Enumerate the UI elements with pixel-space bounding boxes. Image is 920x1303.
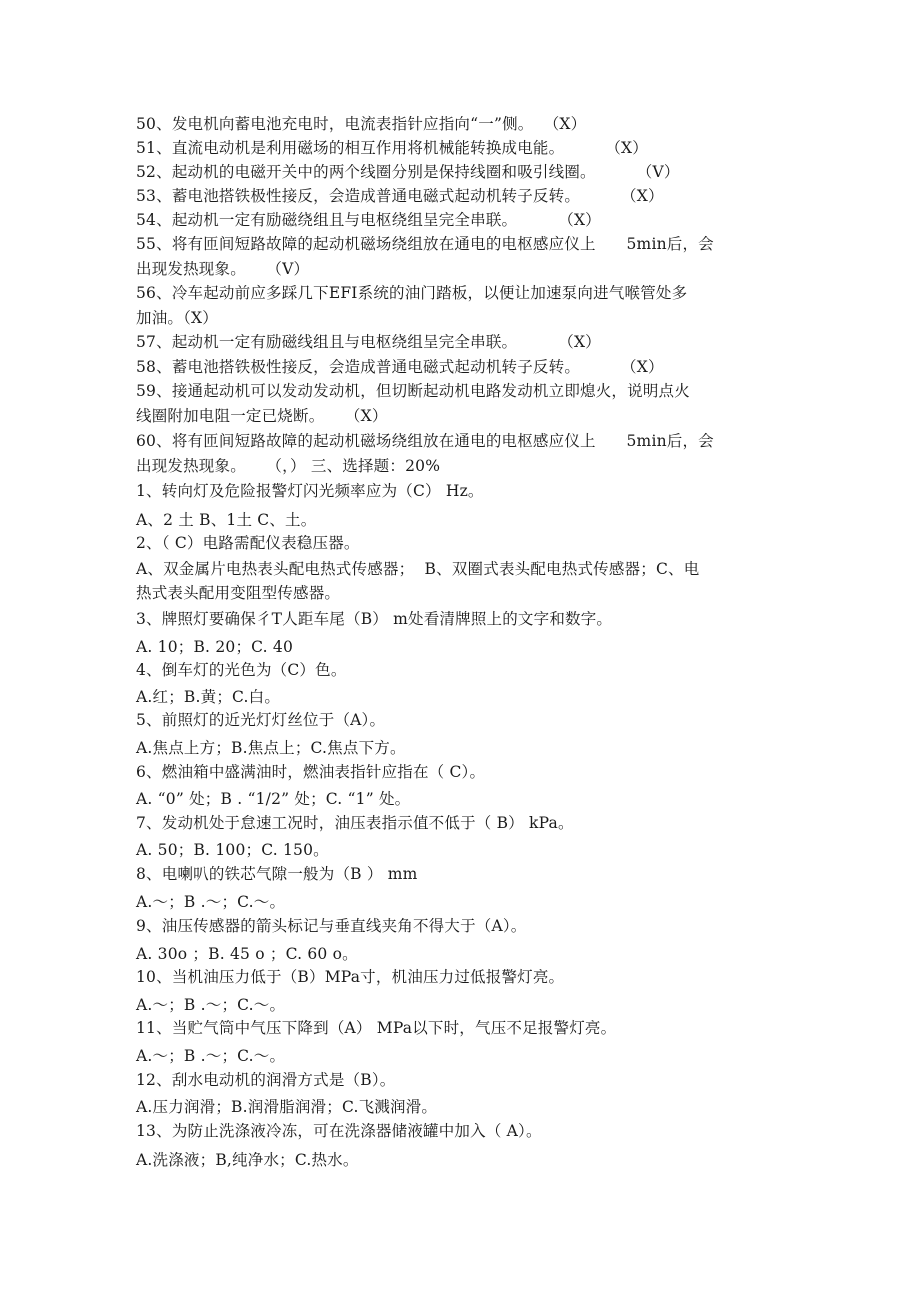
text-line: A. 10；B. 20；C. 40	[136, 637, 293, 657]
text-line: 出现发热现象。 （，） 三、选择题：20%	[136, 456, 440, 476]
text-line: 59、接通起动机可以发动发动机，但切断起动机电路发动机立即熄火，说明点火	[136, 381, 690, 401]
text-line: 线圈附加电阻一定已烧断。 （X）	[136, 406, 388, 426]
text-line: 4、倒车灯的光色为（C）色。	[136, 660, 347, 680]
text-line: 50、发电机向蓄电池充电时，电流表指针应指向“一”侧。 （X）	[136, 114, 586, 134]
text-line: 10、当机油压力低于（B）MPa寸，机油压力过低报警灯亮。	[136, 967, 564, 987]
text-line: 58、蓄电池搭铁极性接反，会造成普通电磁式起动机转子反转。 （X）	[136, 357, 664, 377]
text-line: 8、电喇叭的铁芯气隙一般为（B ） mm	[136, 864, 418, 884]
text-line: 52、起动机的电磁开关中的两个线圈分别是保持线圈和吸引线圈。 （V）	[136, 162, 680, 182]
text-line: 3、牌照灯要确保彳T人距车尾（B） m处看清牌照上的文字和数字。	[136, 609, 612, 629]
text-line: A.压力润滑；B.润滑脂润滑；C.飞溅润滑。	[136, 1097, 437, 1117]
text-line: A.～；B .～；C.～。	[136, 892, 285, 912]
text-line: A.焦点上方；B.焦点上；C.焦点下方。	[136, 738, 406, 758]
text-line: A、双金属片电热表头配电热式传感器； B、双圈式表头配电热式传感器；C、电	[136, 559, 699, 579]
text-line: 5、前照灯的近光灯灯丝位于（A）。	[136, 710, 385, 730]
text-line: A.洗涤液；B,纯净水；C.热水。	[136, 1150, 359, 1170]
text-line: 热式表头配用变阻型传感器。	[136, 583, 340, 603]
text-line: 51、直流电动机是利用磁场的相互作用将机械能转换成电能。 （X）	[136, 138, 648, 158]
text-line: 7、发动机处于怠速工况时，油压表指示值不低于（ B） kPa。	[136, 813, 574, 833]
text-line: A.～；B .～；C.～。	[136, 1046, 285, 1066]
text-line: 9、油压传感器的箭头标记与垂直线夹角不得大于（A）。	[136, 916, 527, 936]
text-line: 6、燃油箱中盛满油时，燃油表指针应指在（ C）。	[136, 762, 485, 782]
text-line: 13、为防止洗涤液冷冻，可在洗涤器储液罐中加入（ A）。	[136, 1121, 542, 1141]
text-line: 53、蓄电池搭铁极性接反，会造成普通电磁式起动机转子反转。 （X）	[136, 186, 664, 206]
text-line: 60、将有匝间短路故障的起动机磁场绕组放在通电的电枢感应仪上 5min后，会	[136, 431, 714, 451]
text-line: 加油。（X）	[136, 308, 218, 328]
text-line: 12、刮水电动机的润滑方式是（B）。	[136, 1070, 395, 1090]
text-line: 2、（ C）电路需配仪表稳压器。	[136, 533, 360, 553]
text-line: 56、冷车起动前应多踩几下EFI系统的油门踏板，以便让加速泵向进气喉管处多	[136, 283, 687, 303]
text-line: 11、当贮气筒中气压下降到（A） MPa以下时，气压不足报警灯亮。	[136, 1018, 616, 1038]
text-line: A.红；B.黄；C.白。	[136, 687, 280, 707]
text-line: A. “0” 处；B . “1/2” 处；C. “1” 处。	[136, 789, 410, 809]
text-line: 54、起动机一定有励磁绕组且与电枢绕组呈完全串联。 （X）	[136, 210, 601, 230]
text-line: A. 30o ；B. 45 o ；C. 60 o。	[136, 944, 358, 964]
text-line: 出现发热现象。 （V）	[136, 259, 309, 279]
document-page: 50、发电机向蓄电池充电时，电流表指针应指向“一”侧。 （X）51、直流电动机是…	[0, 0, 920, 1303]
text-line: 57、起动机一定有励磁线组且与电枢绕组呈完全串联。 （X）	[136, 332, 601, 352]
text-line: A.～；B .～；C.～。	[136, 995, 285, 1015]
text-line: 1、转向灯及危险报警灯闪光频率应为（C） Hz。	[136, 481, 484, 501]
text-line: 55、将有匝间短路故障的起动机磁场绕组放在通电的电枢感应仪上 5min后，会	[136, 234, 714, 254]
text-line: A、2 土 B、1土 C、土。	[136, 510, 316, 530]
text-line: A. 50；B. 100；C. 150。	[136, 840, 329, 860]
